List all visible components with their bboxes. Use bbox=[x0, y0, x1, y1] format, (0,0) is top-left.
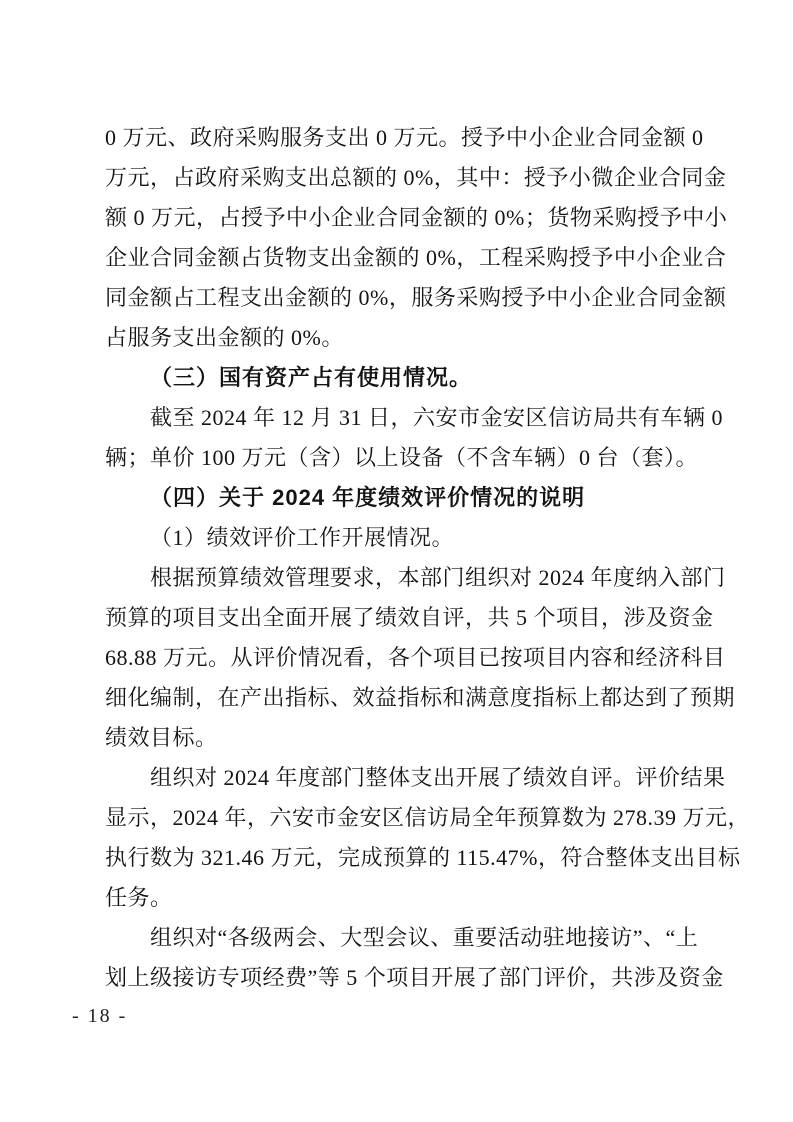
paragraph-line: 同金额占工程支出金额的 0%，服务采购授予中小企业合同金额 bbox=[105, 278, 688, 318]
document-page: 0 万元、政府采购服务支出 0 万元。授予中小企业合同金额 0 万元，占政府采购… bbox=[0, 0, 793, 1122]
paragraph-line: 预算的项目支出全面开展了绩效自评，共 5 个项目，涉及资金 bbox=[105, 598, 688, 638]
paragraph-line: 划上级接访专项经费”等 5 个项目开展了部门评价，共涉及资金 bbox=[105, 958, 688, 998]
paragraph-line: 0 万元、政府采购服务支出 0 万元。授予中小企业合同金额 0 bbox=[105, 118, 688, 158]
section-heading-assets: （三）国有资产占有使用情况。 bbox=[105, 358, 688, 398]
paragraph-line: 组织对 2024 年度部门整体支出开展了绩效自评。评价结果 bbox=[105, 758, 688, 798]
paragraph-line: 68.88 万元。从评价情况看，各个项目已按项目内容和经济科目 bbox=[105, 638, 688, 678]
paragraph-line: 万元，占政府采购支出总额的 0%，其中：授予小微企业合同金 bbox=[105, 158, 688, 198]
paragraph-line: 绩效目标。 bbox=[105, 718, 688, 758]
paragraph-line: 根据预算绩效管理要求，本部门组织对 2024 年度纳入部门 bbox=[105, 558, 688, 598]
document-body: 0 万元、政府采购服务支出 0 万元。授予中小企业合同金额 0 万元，占政府采购… bbox=[105, 118, 688, 998]
paragraph-line: 任务。 bbox=[105, 878, 688, 918]
paragraph-line: 组织对“各级两会、大型会议、重要活动驻地接访”、“上 bbox=[105, 918, 688, 958]
paragraph-line: 辆；单价 100 万元（含）以上设备（不含车辆）0 台（套）。 bbox=[105, 438, 688, 478]
paragraph-line: 执行数为 321.46 万元，完成预算的 115.47%，符合整体支出目标 bbox=[105, 838, 688, 878]
paragraph-line: 额 0 万元，占授予中小企业合同金额的 0%；货物采购授予中小 bbox=[105, 198, 688, 238]
section-heading-performance: （四）关于 2024 年度绩效评价情况的说明 bbox=[105, 478, 688, 518]
page-number: - 18 - bbox=[72, 1002, 127, 1030]
paragraph-line: 占服务支出金额的 0%。 bbox=[105, 318, 688, 358]
paragraph-line: 截至 2024 年 12 月 31 日，六安市金安区信访局共有车辆 0 bbox=[105, 398, 688, 438]
subsection-heading-evaluation: （1）绩效评价工作开展情况。 bbox=[105, 518, 688, 558]
paragraph-line: 企业合同金额占货物支出金额的 0%，工程采购授予中小企业合 bbox=[105, 238, 688, 278]
paragraph-line: 细化编制，在产出指标、效益指标和满意度指标上都达到了预期 bbox=[105, 678, 688, 718]
paragraph-line: 显示，2024 年，六安市金安区信访局全年预算数为 278.39 万元， bbox=[105, 798, 688, 838]
